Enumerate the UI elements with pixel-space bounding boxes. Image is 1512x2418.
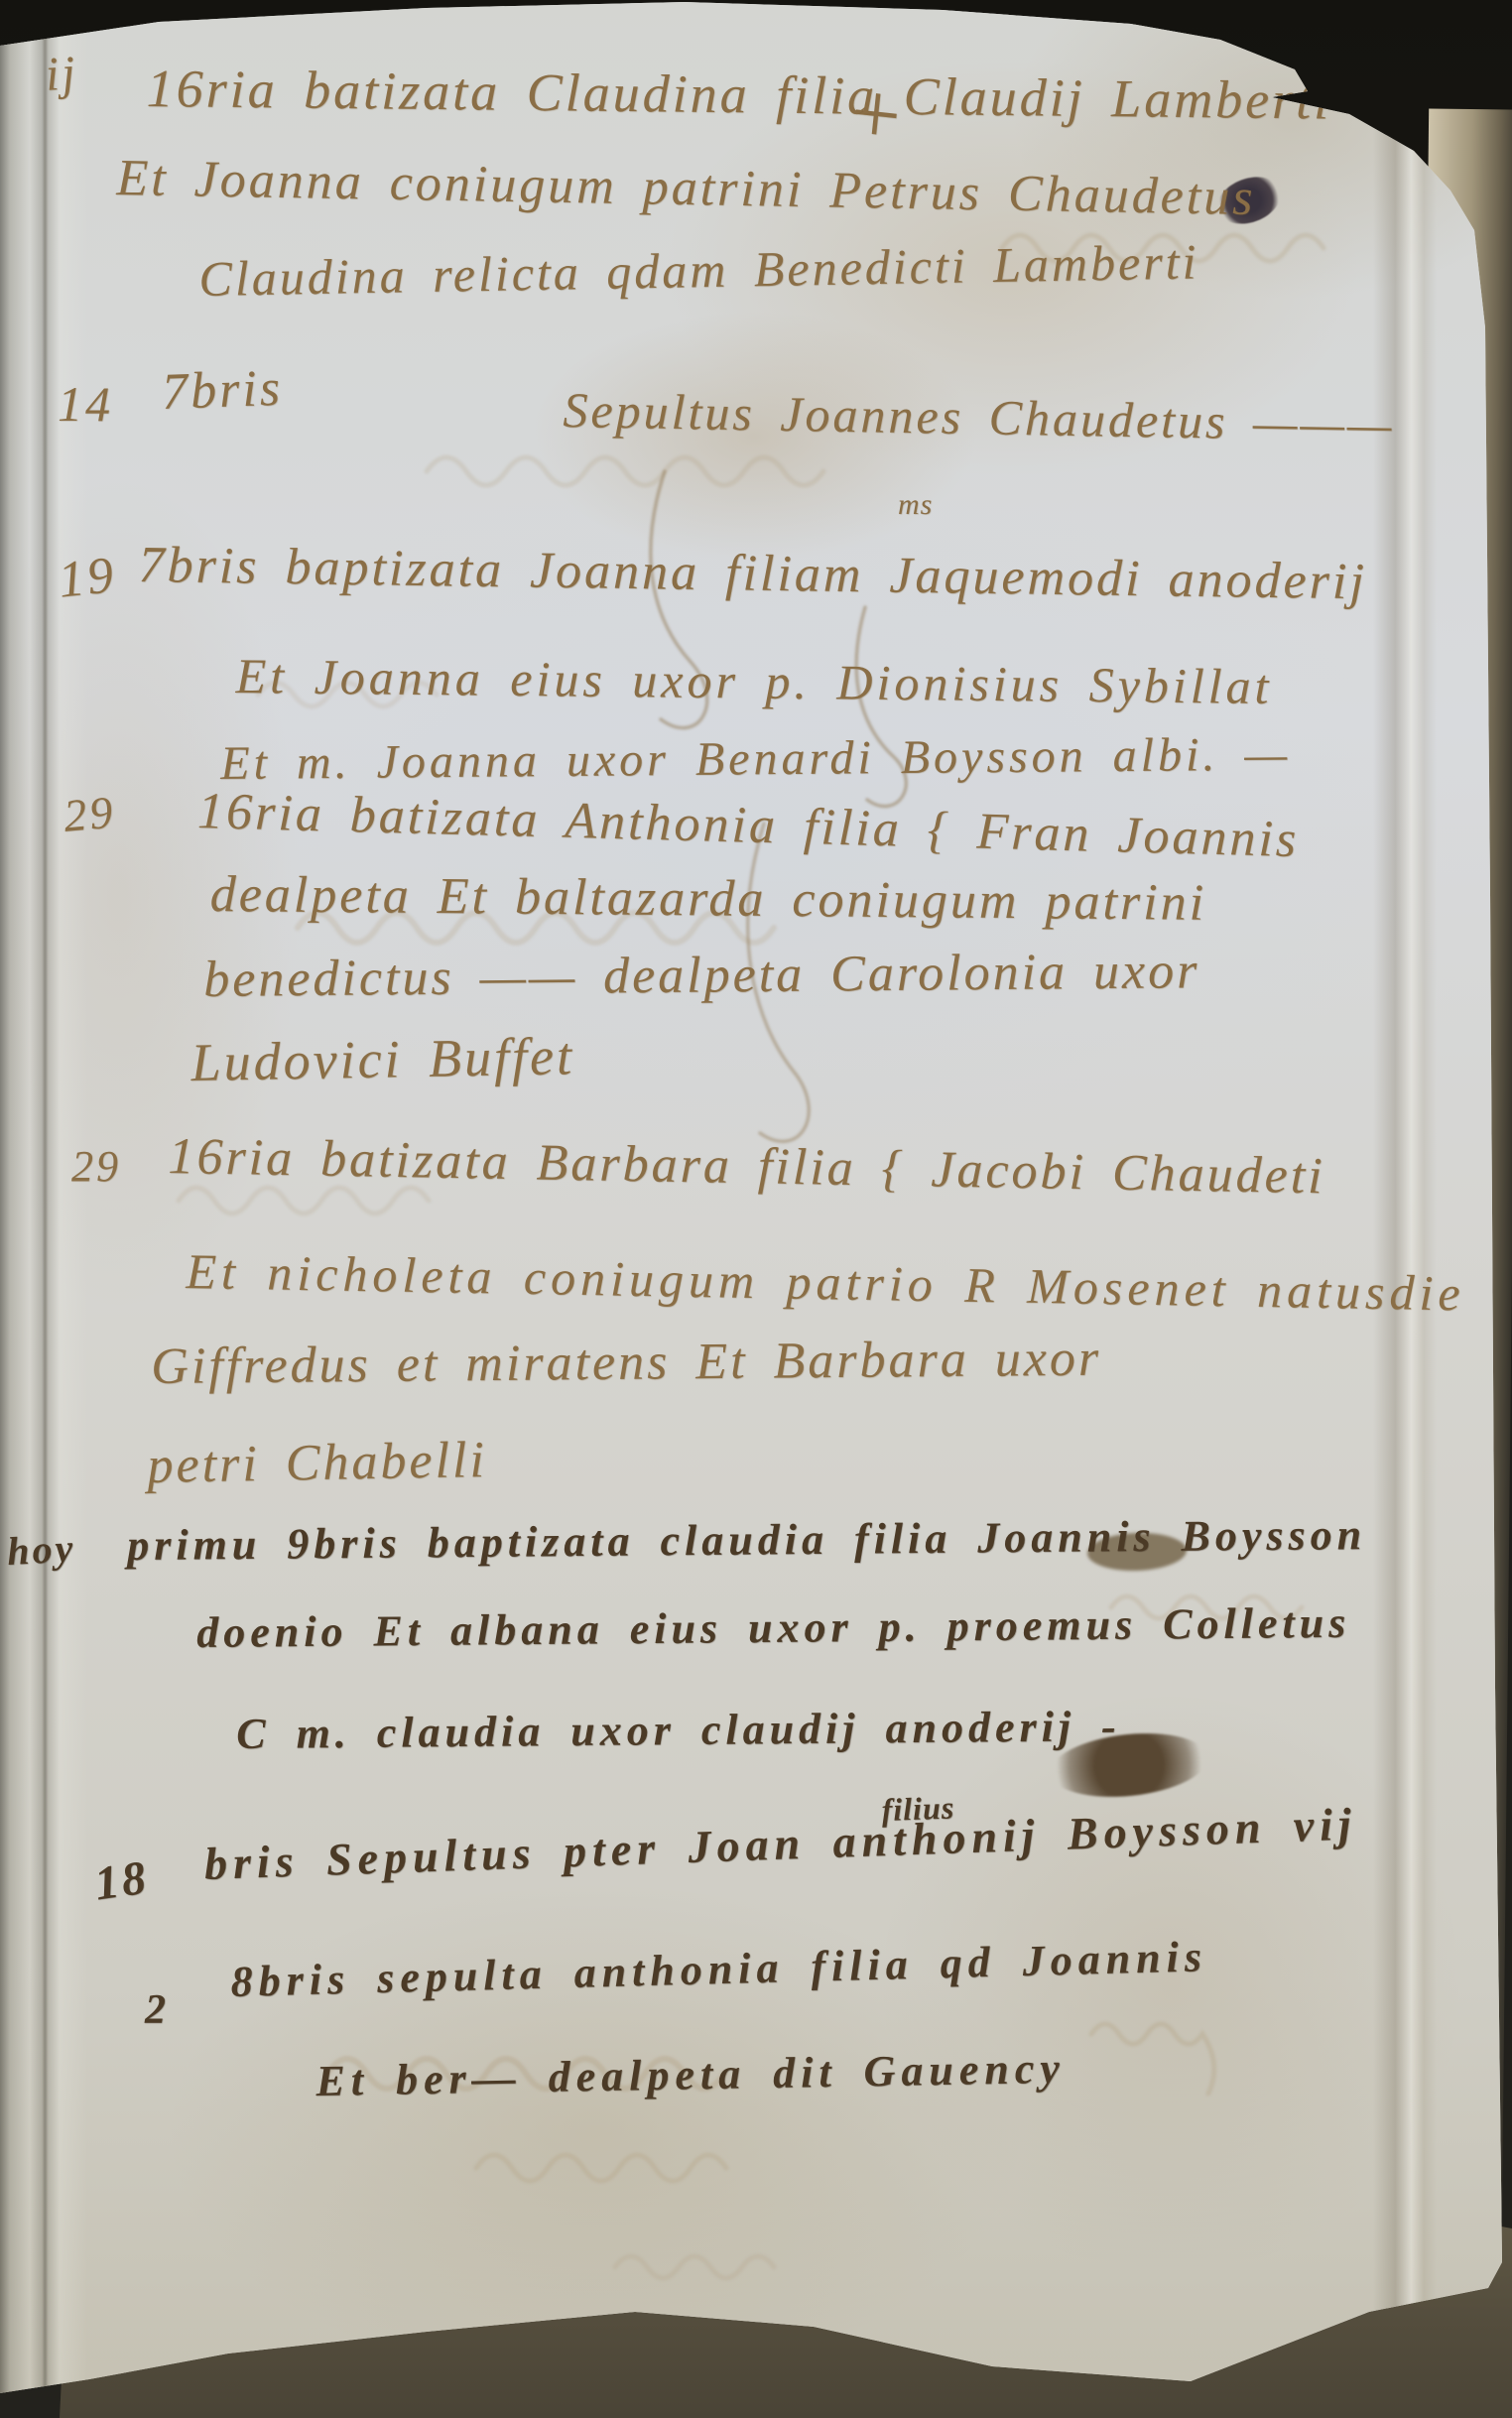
entry-5-margin: 29 [71, 1141, 121, 1192]
entry-5-line-4: petri Chabelli [147, 1431, 487, 1495]
entry-8-margin: 2 [145, 1986, 169, 2034]
entry-4-margin: 29 [62, 785, 117, 841]
entry-2-margin: 14 [58, 375, 113, 433]
entry-3-line-3: Et m. Joanna uxor Benardi Boysson albi. … [220, 727, 1291, 791]
entry-5-line-3: Giffredus et miratens Et Barbara uxor [151, 1330, 1101, 1396]
manuscript-scan: + ij 16ria batizata Claudina filia Claud… [0, 0, 1512, 2418]
manuscript-page: + ij 16ria batizata Claudina filia Claud… [0, 0, 1512, 2418]
entry-6-margin: hoy [6, 1524, 76, 1575]
entry-1-line-1: 16ria batizata Claudina filia Claudij La… [146, 58, 1331, 132]
entry-3-margin: 19 [56, 546, 119, 610]
entry-3-superscript: ms [898, 488, 933, 522]
entry-3-line-2: Et Joanna eius uxor p. Dionisius Sybilla… [235, 647, 1272, 715]
entry-4-line-2: dealpeta Et baltazarda coniugum patrini [209, 865, 1206, 933]
entry-6-line-2: doenio Et albana eius uxor p. proemus Co… [196, 1597, 1350, 1658]
entry-4-line-4: Ludovici Buffet [190, 1025, 574, 1093]
entry-7-margin: 18 [91, 1849, 152, 1911]
entry-6-line-1: primu 9bris baptizata claudia filia Joan… [127, 1509, 1366, 1571]
entry-1-margin: ij [44, 46, 79, 102]
entry-4-line-3: benedictus —— dealpeta Carolonia uxor [203, 942, 1200, 1009]
entry-6-line-3: C m. claudia uxor claudij anoderij - [236, 1701, 1121, 1759]
entry-2-date: 7bris [161, 359, 284, 422]
